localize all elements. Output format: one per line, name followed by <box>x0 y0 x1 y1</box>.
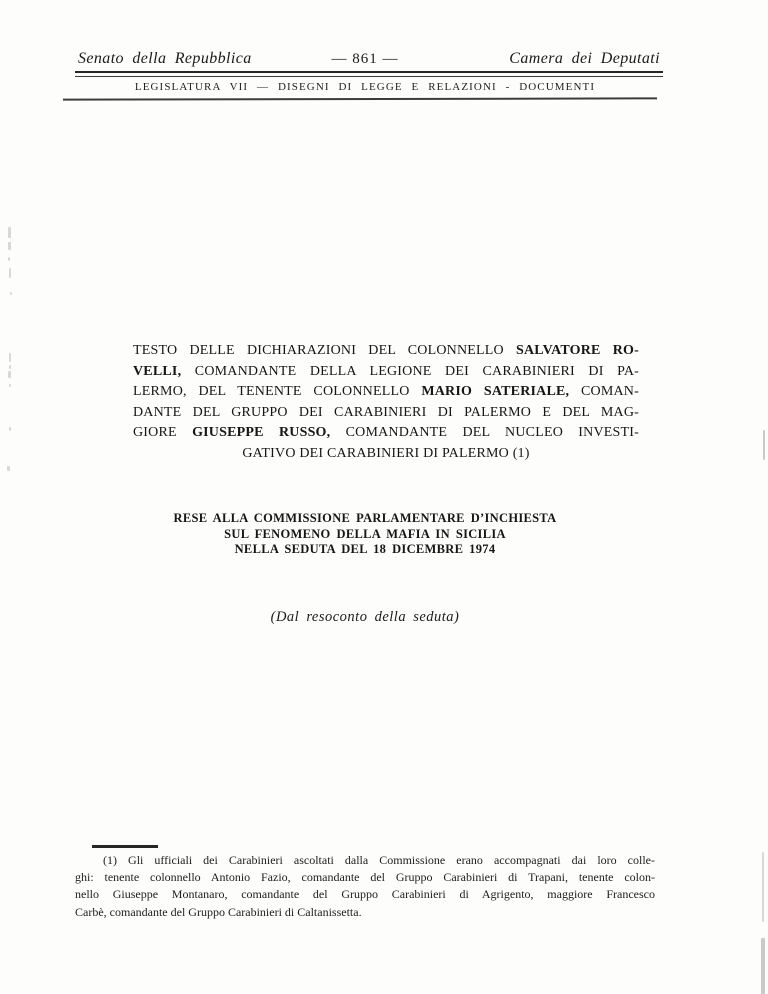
footnote-line-1: (1) Gli ufficiali dei Carabinieri ascolt… <box>75 852 655 869</box>
scan-artifact <box>7 466 10 471</box>
title-line-2: VELLI, COMANDANTE DELLA LEGIONE DEI CARA… <box>133 362 639 383</box>
scan-artifact <box>10 292 12 295</box>
title-line-6: GATIVO DEI CARABINIERI DI PALERMO (1) <box>133 444 639 465</box>
title-line-3: LERMO, DEL TENENTE COLONNELLO MARIO SATE… <box>133 382 639 403</box>
scan-artifact <box>8 242 11 250</box>
scan-artifact <box>763 430 765 460</box>
scan-artifact <box>9 384 11 387</box>
footnote-separator-rule <box>92 845 158 848</box>
scan-artifact <box>9 268 11 278</box>
title-line-4: DANTE DEL GRUPPO DEI CARABINIERI DI PALE… <box>133 403 639 424</box>
subtitle-line-2: SUL FENOMENO DELLA MAFIA IN SICILIA <box>75 527 655 543</box>
subtitle-line-3: NELLA SEDUTA DEL 18 DICEMBRE 1974 <box>75 542 655 558</box>
scan-artifact <box>762 852 764 922</box>
header-single-rule <box>63 97 657 100</box>
scan-artifact <box>9 353 11 362</box>
scan-artifact <box>8 371 11 378</box>
source-note: (Dal resoconto della seduta) <box>75 609 655 626</box>
scan-artifact <box>761 938 765 994</box>
scan-artifact <box>8 227 11 238</box>
footnote-line-2: ghi: tenente colonnello Antonio Fazio, c… <box>75 869 655 886</box>
subtitle-line-1: RESE ALLA COMMISSIONE PARLAMENTARE D’INC… <box>75 511 655 527</box>
scan-artifact <box>9 427 11 431</box>
commission-subtitle: RESE ALLA COMMISSIONE PARLAMENTARE D’INC… <box>75 511 655 558</box>
header-double-rule <box>75 71 663 77</box>
footnote-line-4: Carbè, comandante del Gruppo Carabinieri… <box>75 904 655 921</box>
footnote-line-3: nello Giuseppe Montanaro, comandante del… <box>75 886 655 903</box>
scan-artifact <box>8 257 10 261</box>
header-camera-label: Camera dei Deputati <box>509 50 660 68</box>
footnote: (1) Gli ufficiali dei Carabinieri ascolt… <box>75 852 655 921</box>
scan-artifact <box>9 365 11 369</box>
document-title: TESTO DELLE DICHIARAZIONI DEL COLONNELLO… <box>133 341 639 464</box>
title-line-1: TESTO DELLE DICHIARAZIONI DEL COLONNELLO… <box>133 341 639 362</box>
legislatura-line: LEGISLATURA VII — DISEGNI DI LEGGE E REL… <box>75 81 655 93</box>
title-line-5: GIORE GIUSEPPE RUSSO, COMANDANTE DEL NUC… <box>133 423 639 444</box>
